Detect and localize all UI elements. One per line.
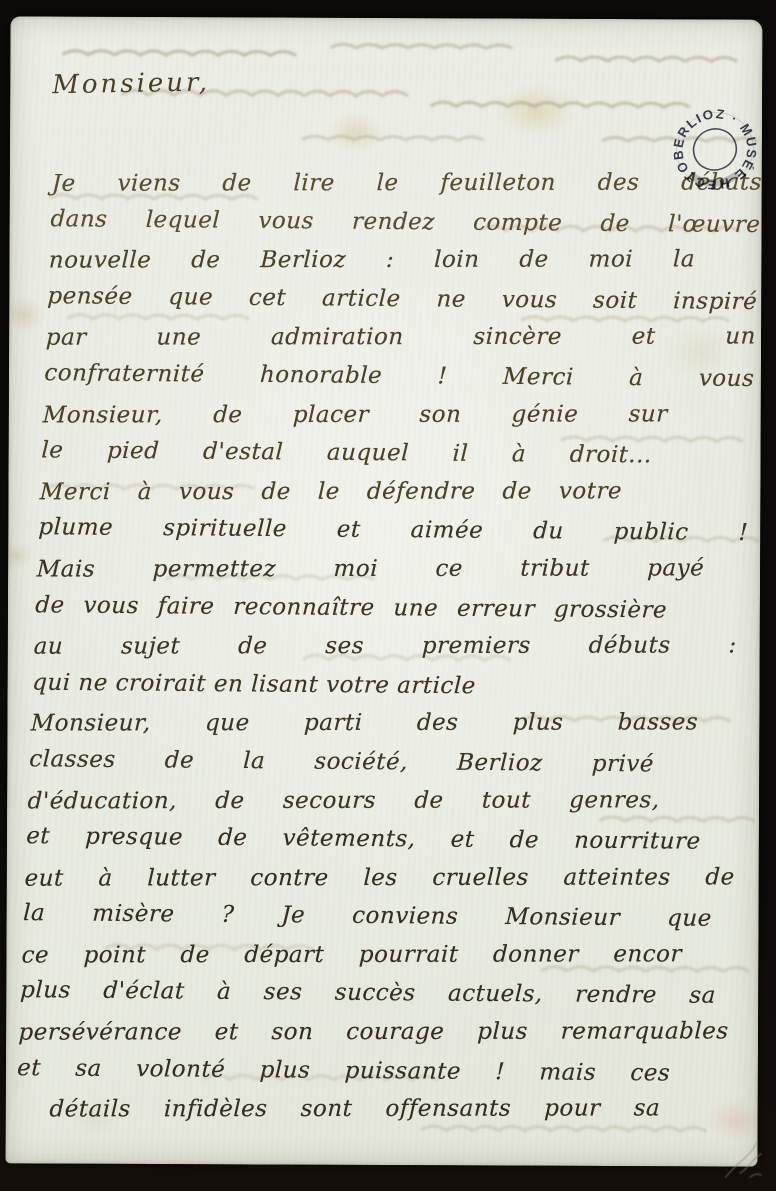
letter-line: Je viens de lire le feuilleton des débat… bbox=[51, 163, 762, 203]
letter-line: eut à lutter contre les cruelles atteint… bbox=[24, 858, 735, 898]
letter-line: Mais permettez moi ce tribut payé bbox=[36, 549, 705, 589]
letter-line: d'éducation, de secours de tout genres, bbox=[27, 781, 660, 821]
letter-line: Monsieur, de placer son génie sur bbox=[42, 395, 668, 435]
letter-line: nouvelle de Berlioz : loin de moi la bbox=[48, 241, 696, 281]
letter-line: persévérance et son courage plus remarqu… bbox=[18, 1012, 729, 1052]
letter-page: Monsieur, Je viens de lire le feuilleton… bbox=[6, 16, 763, 1166]
letter-line: Monsieur, que parti des plus basses bbox=[30, 704, 699, 744]
scan-background: { "document": { "kind": "handwritten let… bbox=[0, 0, 776, 1191]
letter-line: détails infidèles sont offensants pour s… bbox=[49, 1090, 661, 1130]
letter-line: et sa volonté plus puissante ! mais ces bbox=[16, 1049, 671, 1093]
letter-line: ce point de départ pourrait donner encor bbox=[21, 935, 683, 975]
letter-line: plume spirituelle et aimée du public ! bbox=[38, 508, 750, 552]
letter-line: le pied d'estal auquel il à droit... bbox=[41, 431, 653, 475]
letter-line: qui ne croirait en lisant votre article bbox=[31, 663, 473, 705]
pencil-scribble bbox=[719, 1127, 767, 1185]
letter-line: la misère ? Je conviens Monsieur que bbox=[22, 894, 712, 938]
letter-line: plus d'éclat à ses succès actuels, rendr… bbox=[19, 972, 716, 1016]
letter-line: confraternité honorable ! Merci à vous bbox=[44, 354, 756, 398]
letter-line: au sujet de ses premiers débuts : bbox=[33, 627, 737, 667]
letter-body: Je viens de lire le feuilleton des débat… bbox=[15, 163, 763, 1131]
letter-line: Merci à vous de le défendre de votre bbox=[39, 472, 623, 512]
letter-line: et presque de vêtements, et de nourritur… bbox=[25, 817, 701, 861]
letter-line: classes de la société, Berlioz privé bbox=[28, 740, 654, 784]
salutation: Monsieur, bbox=[52, 68, 210, 101]
letter-line: par une admiration sincère et un bbox=[45, 318, 756, 358]
letter-line: pensée que cet article ne vous soit insp… bbox=[47, 277, 759, 321]
letter-line: dans lequel vous rendez compte de l'œuvr… bbox=[50, 200, 762, 244]
letter-line: de vous faire reconnaître une erreur gro… bbox=[34, 586, 667, 630]
